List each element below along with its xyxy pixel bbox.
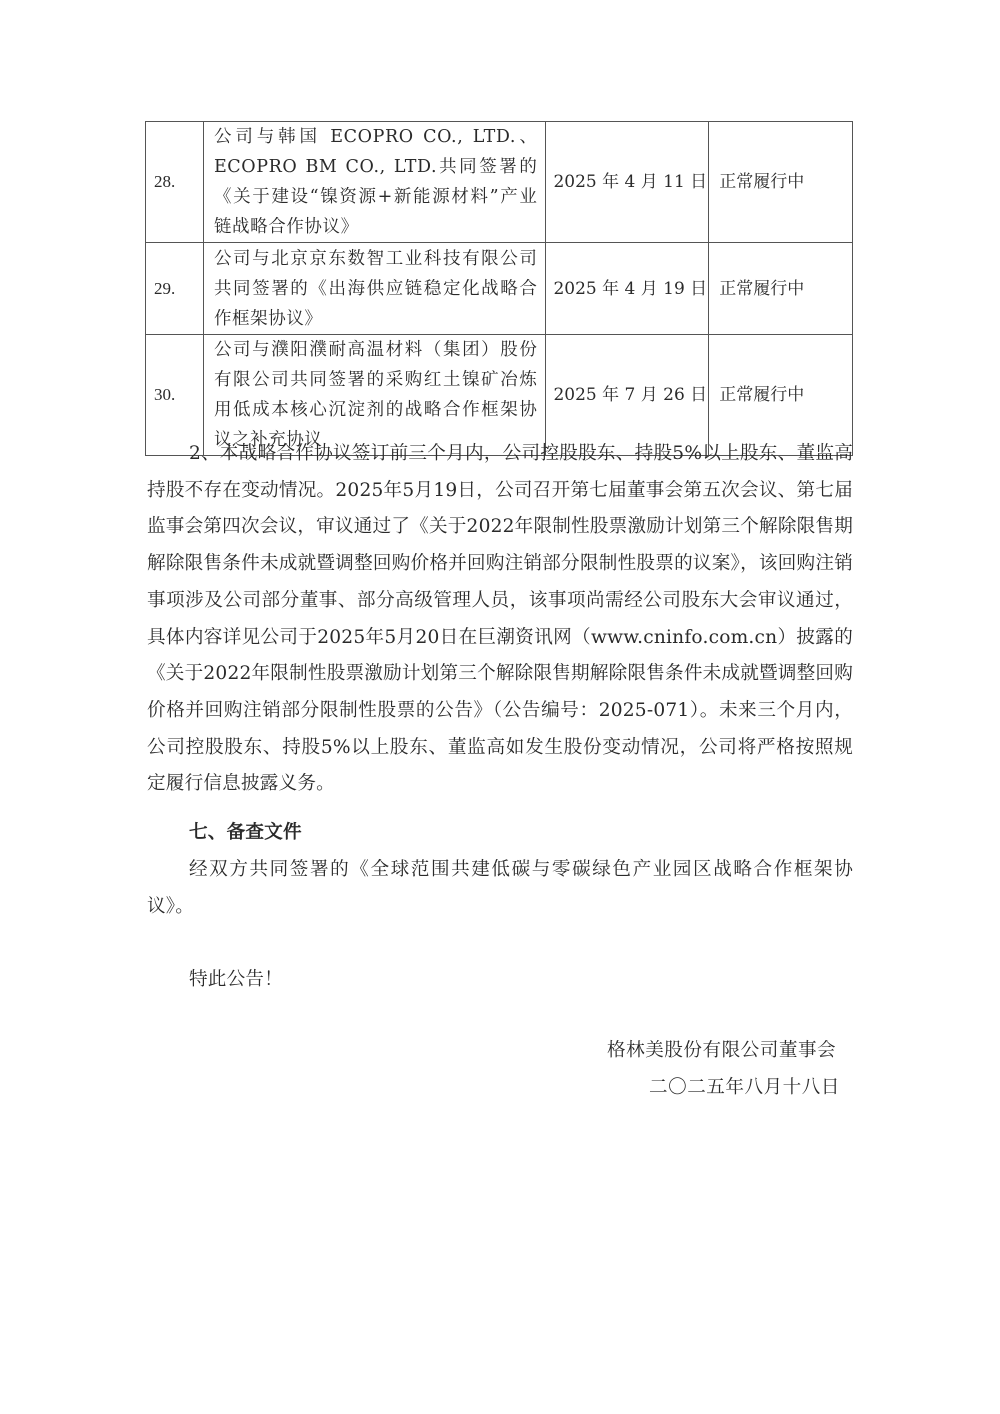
agreement-status: 正常履行中	[709, 122, 853, 243]
section-heading: 七、备查文件	[147, 815, 853, 852]
table-row: 28. 公司与韩国 ECOPRO CO., LTD.、ECOPRO BM CO.…	[146, 122, 853, 243]
row-index: 29.	[146, 243, 204, 335]
table-row: 29. 公司与北京京东数智工业科技有限公司共同签署的《出海供应链稳定化战略合作框…	[146, 243, 853, 335]
signature-date: 二〇二五年八月十八日	[649, 1073, 840, 1099]
agreement-status: 正常履行中	[709, 243, 853, 335]
closing-statement: 特此公告！	[147, 962, 853, 999]
agreement-date: 2025 年 4 月 19 日	[546, 243, 709, 335]
row-index: 28.	[146, 122, 204, 243]
agreement-name: 公司与韩国 ECOPRO CO., LTD.、ECOPRO BM CO., LT…	[203, 122, 546, 243]
agreement-date: 2025 年 4 月 11 日	[546, 122, 709, 243]
shareholding-paragraph: 2、本战略合作协议签订前三个月内，公司控股股东、持股5%以上股东、董监高持股不存…	[147, 436, 853, 803]
signature-company: 格林美股份有限公司董事会	[607, 1036, 836, 1062]
agreement-name: 公司与北京京东数智工业科技有限公司共同签署的《出海供应链稳定化战略合作框架协议》	[203, 243, 546, 335]
document-page: 28. 公司与韩国 ECOPRO CO., LTD.、ECOPRO BM CO.…	[0, 0, 1000, 1414]
agreements-table: 28. 公司与韩国 ECOPRO CO., LTD.、ECOPRO BM CO.…	[145, 121, 853, 456]
reference-documents-text: 经双方共同签署的《全球范围共建低碳与零碳绿色产业园区战略合作框架协议》。	[147, 852, 853, 925]
